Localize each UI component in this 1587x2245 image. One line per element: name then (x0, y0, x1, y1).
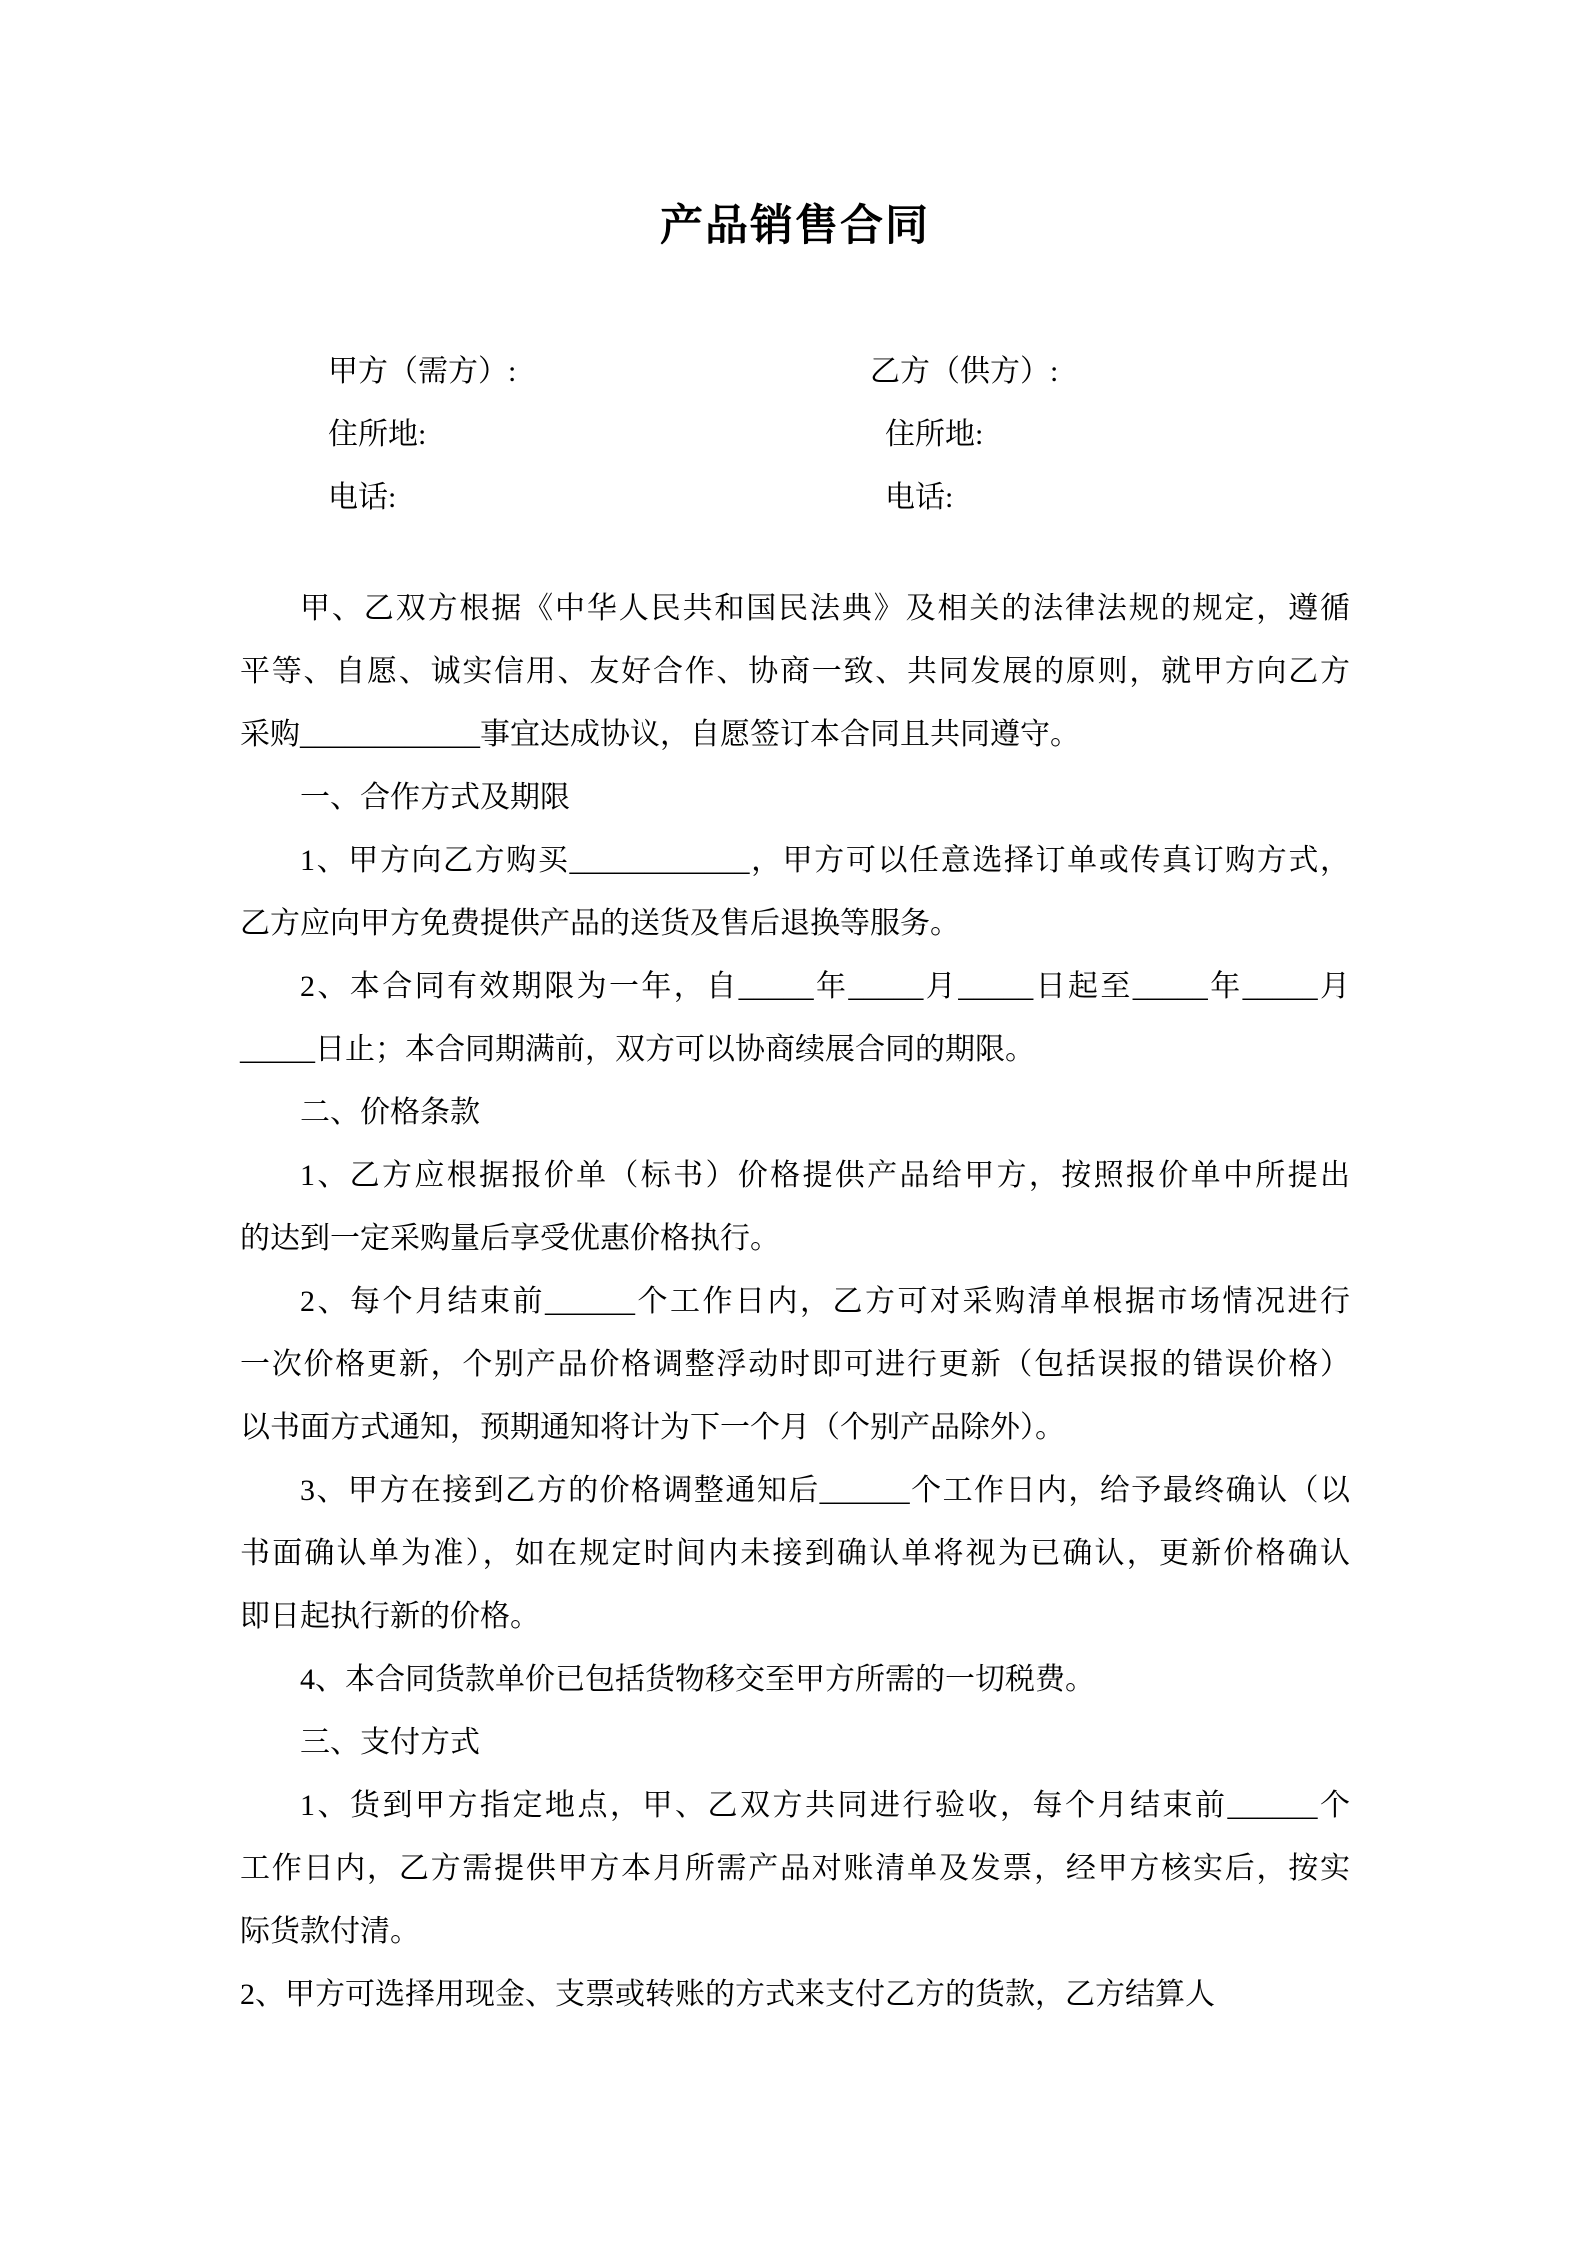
contract-document: 产品销售合同 甲方（需方）: 乙方（供方）: 住所地: 住所地: 电话: 电话:… (0, 0, 1587, 2245)
party-b-address-label: 住所地: (885, 403, 983, 466)
contract-line: 乙方应向甲方免费提供产品的送货及售后退换等服务。 (240, 892, 1350, 955)
contract-line: 以书面方式通知，预期通知将计为下一个月（个别产品除外）。 (240, 1396, 1350, 1459)
party-name-row: 甲方（需方）: 乙方（供方）: (240, 340, 1350, 403)
contract-line: 工作日内，乙方需提供甲方本月所需产品对账清单及发票，经甲方核实后，按实 (240, 1837, 1350, 1900)
contract-line: 2、本合同有效期限为一年，自_____年_____月_____日起至_____年… (240, 955, 1350, 1018)
contract-body: 甲、乙双方根据《中华人民共和国民法典》及相关的法律法规的规定，遵循 平等、自愿、… (240, 577, 1350, 2026)
contract-line: 一次价格更新，个别产品价格调整浮动时即可进行更新（包括误报的错误价格） (240, 1333, 1350, 1396)
party-b-phone-label: 电话: (885, 466, 953, 529)
party-a-address-label: 住所地: (328, 418, 426, 451)
party-a-phone-label: 电话: (328, 481, 396, 514)
party-phone-row: 电话: 电话: (240, 466, 1350, 529)
party-address-row: 住所地: 住所地: (240, 403, 1350, 466)
contract-line: 1、货到甲方指定地点，甲、乙双方共同进行验收，每个月结束前______个 (240, 1774, 1350, 1837)
contract-line: 3、甲方在接到乙方的价格调整通知后______个工作日内，给予最终确认（以 (240, 1459, 1350, 1522)
party-b-label: 乙方（供方）: (870, 340, 1058, 403)
contract-line: 书面确认单为准），如在规定时间内未接到确认单将视为已确认，更新价格确认 (240, 1522, 1350, 1585)
section-heading: 三、支付方式 (240, 1711, 1350, 1774)
contract-line: 的达到一定采购量后享受优惠价格执行。 (240, 1207, 1350, 1270)
section-heading: 一、合作方式及期限 (240, 766, 1350, 829)
contract-line: _____日止；本合同期满前，双方可以协商续展合同的期限。 (240, 1018, 1350, 1081)
contract-line: 即日起执行新的价格。 (240, 1585, 1350, 1648)
contract-line: 2、甲方可选择用现金、支票或转账的方式来支付乙方的货款，乙方结算人 (240, 1963, 1350, 2026)
contract-line: 平等、自愿、诚实信用、友好合作、协商一致、共同发展的原则，就甲方向乙方 (240, 640, 1350, 703)
contract-line: 际货款付清。 (240, 1900, 1350, 1963)
contract-line: 采购____________事宜达成协议，自愿签订本合同且共同遵守。 (240, 703, 1350, 766)
section-heading: 二、价格条款 (240, 1081, 1350, 1144)
contract-line: 1、乙方应根据报价单（标书）价格提供产品给甲方，按照报价单中所提出 (240, 1144, 1350, 1207)
contract-line: 4、本合同货款单价已包括货物移交至甲方所需的一切税费。 (240, 1648, 1350, 1711)
document-title: 产品销售合同 (240, 196, 1350, 258)
party-a-label: 甲方（需方）: (328, 355, 516, 388)
contract-line: 甲、乙双方根据《中华人民共和国民法典》及相关的法律法规的规定，遵循 (240, 577, 1350, 640)
contract-line: 2、每个月结束前______个工作日内，乙方可对采购清单根据市场情况进行 (240, 1270, 1350, 1333)
contract-line: 1、甲方向乙方购买____________，甲方可以任意选择订单或传真订购方式， (240, 829, 1350, 892)
parties-block: 甲方（需方）: 乙方（供方）: 住所地: 住所地: 电话: 电话: (240, 340, 1350, 529)
